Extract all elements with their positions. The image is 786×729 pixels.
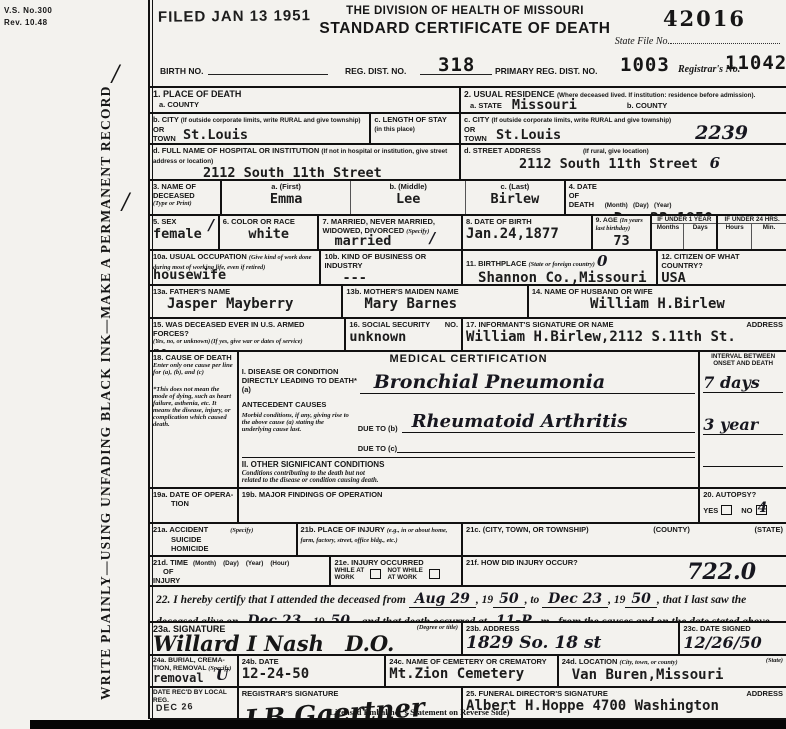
interval-label2: ONSET AND DEATH xyxy=(703,360,783,367)
city-of-death-cell: b. CITY (If outside corporate limits, wr… xyxy=(150,114,371,143)
citizen-cell: 12. CITIZEN OF WHAT COUNTRY? USA xyxy=(658,251,786,284)
place-of-injury-label: 21b. PLACE OF INJURY xyxy=(301,525,385,534)
date-of-operation-cell: 19a. DATE OF OPERA- TION xyxy=(150,489,239,522)
father-label: 13a. FATHER'S NAME xyxy=(153,287,338,296)
certificate-title: STANDARD CERTIFICATE OF DEATH xyxy=(280,20,650,38)
row-occupation: 10a. USUAL OCCUPATION (Give kind of work… xyxy=(150,251,786,286)
hospital-label: d. FULL NAME OF HOSPITAL OR INSTITUTION xyxy=(153,146,319,155)
suicide-label: SUICIDE xyxy=(171,535,293,544)
death-certificate-scan: V.S. No.300 Rev. 10.48 WRITE PLAINLY—USI… xyxy=(0,0,786,729)
spouse-cell: 14. NAME OF HUSBAND OR WIFE William H.Bi… xyxy=(529,286,786,317)
last-name-value: Birlew xyxy=(469,191,561,207)
row-family: 13a. FATHER'S NAME Jasper Mayberry 13b. … xyxy=(150,286,786,319)
primary-reg-dist-value: 1003 xyxy=(620,54,670,76)
certification-statement: 22. I hereby certify that I attended the… xyxy=(150,587,786,621)
date-of-death-label: 4. DATE OF DEATH xyxy=(569,182,605,209)
city-of-death-value: St.Louis xyxy=(183,127,248,143)
city-label: b. CITY xyxy=(153,115,179,124)
disease-label: I. DISEASE OR CONDITION xyxy=(242,367,339,376)
attended-to-year: 50 xyxy=(625,591,656,608)
physician-address-value: 1829 So. 18 st xyxy=(466,633,675,653)
burial-date-value: 12-24-50 xyxy=(242,666,382,682)
row-physician-signature: 23a. SIGNATURE (Degree or title) Willard… xyxy=(150,623,786,656)
armed-forces-value2: --- xyxy=(225,345,303,350)
armed-forces-label: 15. WAS DECEASED EVER IN U.S. ARMED FORC… xyxy=(153,320,341,338)
city-note: (If outside corporate limits, write RURA… xyxy=(181,117,361,124)
street-address-cell: d. STREET ADDRESS (If rural, give locati… xyxy=(461,145,786,179)
first-name-value: Emma xyxy=(225,191,348,207)
birthplace-value: Shannon Co.,Missouri xyxy=(478,270,653,284)
residence-city-note: (If outside corporate limits, write RURA… xyxy=(491,117,671,124)
interval-b-value: 3 year xyxy=(703,415,783,435)
certificate-form: FILED JAN 13 1951 THE DIVISION OF HEALTH… xyxy=(148,0,786,719)
state-file-blank xyxy=(670,43,780,44)
cause-note1: Enter only one cause per line for (a), (… xyxy=(153,362,234,376)
residence-or-town-label: OR TOWN xyxy=(464,125,496,143)
handwritten-0: 0 xyxy=(597,252,607,270)
left-margin: V.S. No.300 Rev. 10.48 WRITE PLAINLY—USI… xyxy=(0,0,148,729)
hospital-cell: d. FULL NAME OF HOSPITAL OR INSTITUTION … xyxy=(150,145,461,179)
certify-19a: , 19 xyxy=(476,594,493,606)
last-name-cell: c. (Last) Birlew xyxy=(466,181,566,214)
handwritten-code-722: 722.0 xyxy=(687,559,756,585)
homicide-label: HOMICIDE xyxy=(171,544,293,553)
other-conditions-label: II. OTHER SIGNIFICANT CONDITIONS xyxy=(242,457,696,470)
handwritten-2239: 2239 xyxy=(695,122,748,143)
cemetery-value: Mt.Zion Cemetery xyxy=(389,666,553,682)
last-seen-year: 50 xyxy=(324,613,355,621)
row-place-residence-title: 1. PLACE OF DEATH a. COUNTY 2. USUAL RES… xyxy=(150,88,786,114)
physician-address-cell: 23b. ADDRESS 1829 So. 18 st xyxy=(463,623,680,654)
middle-name-value: Lee xyxy=(354,191,462,207)
row-accident: 21a. ACCIDENT (Specify) SUICIDE HOMICIDE… xyxy=(150,524,786,557)
birth-no-label: BIRTH NO. xyxy=(160,66,203,76)
last-seen-date: Dec 23 xyxy=(241,613,307,621)
not-while-at-work-checkbox xyxy=(429,569,440,579)
row-cause-of-death: 18. CAUSE OF DEATH Enter only one cause … xyxy=(150,352,786,489)
place-of-death-cell: 1. PLACE OF DEATH a. COUNTY xyxy=(150,88,461,112)
autopsy-no-mark: 4 xyxy=(758,500,768,516)
due-to-b-label: DUE TO (b) xyxy=(358,424,398,433)
autopsy-no-label: NO xyxy=(741,506,752,515)
burial-date-cell: 24b. DATE 12-24-50 xyxy=(239,656,387,686)
location-state-note: (State) xyxy=(766,657,783,665)
cemetery-cell: 24c. NAME OF CEMETERY OR CREMATORY Mt.Zi… xyxy=(386,656,558,686)
other-conditions-note1: Conditions contributing to the death but… xyxy=(242,470,696,477)
disease-a: (a) xyxy=(242,385,251,394)
operation-date-label: 19a. DATE OF OPERA- xyxy=(153,490,233,499)
citizen-value: USA xyxy=(661,270,783,284)
county-label: a. COUNTY xyxy=(159,100,456,109)
spouse-label: 14. NAME OF HUSBAND OR WIFE xyxy=(532,287,783,296)
primary-reg-dist-label: PRIMARY REG. DIST. NO. xyxy=(495,66,598,76)
birthplace-label: 11. BIRTHPLACE xyxy=(466,259,526,268)
location-value: Van Buren,Missouri xyxy=(572,667,783,683)
informant-label: 17. INFORMANT'S SIGNATURE OR NAME xyxy=(466,320,613,329)
father-value: Jasper Mayberry xyxy=(167,296,338,312)
other-conditions-note2: related to the disease or condition caus… xyxy=(242,477,696,484)
row-hospital-street: d. FULL NAME OF HOSPITAL OR INSTITUTION … xyxy=(150,145,786,181)
autopsy-yes-checkbox xyxy=(721,505,732,515)
state-label: a. STATE xyxy=(470,101,502,110)
accident-note: (Specify) xyxy=(230,527,253,534)
cause-note2: *This does not mean the mode of dying, s… xyxy=(153,386,234,428)
min-label: Min. xyxy=(752,224,786,249)
name-of-deceased-label-cell: 3. NAME OF DECEASED (Type or Print) xyxy=(150,181,222,214)
date-of-death-value: Dec.23,1950 xyxy=(614,209,783,214)
medical-certification-cell: MEDICAL CERTIFICATION I. DISEASE OR COND… xyxy=(239,352,701,487)
time-of-injury-label2: OF xyxy=(163,567,173,576)
antecedent-label: ANTECEDENT CAUSES xyxy=(242,400,696,409)
medical-certification-title: MEDICAL CERTIFICATION xyxy=(242,353,696,365)
burial-date-label: 24b. DATE xyxy=(242,657,382,666)
industry-value: --- xyxy=(342,270,458,284)
death-hour: 11-P xyxy=(490,613,538,621)
accident-cell: 21a. ACCIDENT (Specify) SUICIDE HOMICIDE xyxy=(150,524,298,555)
ssn-value: unknown xyxy=(349,329,458,345)
armed-forces-value: no xyxy=(153,345,211,350)
marital-cell: 7. MARRIED, NEVER MARRIED, WIDOWED, DIVO… xyxy=(319,216,463,249)
time-of-injury-label3: INJURY xyxy=(153,576,180,585)
not-while-at-work-label: NOT WHILE AT WORK xyxy=(387,567,427,581)
middle-name-label: b. (Middle) xyxy=(354,182,462,191)
birth-no-blank xyxy=(208,74,328,75)
attended-to-date: Dec 23 xyxy=(542,591,608,608)
under-24-hrs-label: IF UNDER 24 HRS. xyxy=(718,216,786,224)
reg-dist-label: REG. DIST. NO. xyxy=(345,66,406,76)
burial-hw-mark: U xyxy=(216,666,229,684)
degree-label: (Degree or title) xyxy=(417,624,458,632)
registrar-no-value: 11042 xyxy=(725,52,786,74)
dob-label: 8. DATE OF BIRTH xyxy=(466,217,588,226)
burial-location-cell: 24d. LOCATION (City, town, or county) (S… xyxy=(559,656,786,686)
cause-c-blank xyxy=(397,441,695,453)
interval-label1: INTERVAL BETWEEN xyxy=(703,353,783,360)
burial-label: 24a. BURIAL, CREMA- xyxy=(153,657,225,664)
row-certification: 22. I hereby certify that I attended the… xyxy=(150,587,786,623)
date-received-label: DATE REC'D BY LOCAL xyxy=(153,689,227,696)
row-burial: 24a. BURIAL, CREMA- TION, REMOVAL (Speci… xyxy=(150,656,786,688)
ssn-cell: 16. SOCIAL SECURITY NO. unknown xyxy=(346,319,463,350)
sex-cell: 5. SEX female / xyxy=(150,216,220,249)
name-of-deceased-label: 3. NAME OF DECEASED xyxy=(153,182,217,200)
disease-label2: DIRECTLY LEADING TO DEATH* xyxy=(242,376,357,385)
major-findings-cell: 19b. MAJOR FINDINGS OF OPERATION xyxy=(239,489,701,522)
location-label: 24d. LOCATION xyxy=(562,657,618,666)
residence-city-label: c. CITY xyxy=(464,115,489,124)
cause-b-value: Rheumatoid Arthritis xyxy=(402,411,696,433)
location-note: (City, town, or county) xyxy=(620,659,678,666)
injury-state-label: (STATE) xyxy=(755,525,783,534)
age-value: 73 xyxy=(596,233,648,249)
reg-dist-line xyxy=(420,74,492,75)
usual-residence-note: (Where deceased lived. If institution: r… xyxy=(557,92,755,99)
time-of-injury-label: 21d. TIME xyxy=(153,558,188,567)
occupation-label: 10a. USUAL OCCUPATION xyxy=(153,252,247,261)
handwritten-margin-mark: / xyxy=(112,62,119,87)
first-name-label: a. (First) xyxy=(225,182,348,191)
autopsy-no-checkbox: 4 xyxy=(756,505,767,515)
handwritten-6: 6 xyxy=(710,154,720,172)
informant-cell: 17. INFORMANT'S SIGNATURE OR NAME ADDRES… xyxy=(463,319,786,350)
age-cell: 9. AGE (In years last birthday) 73 xyxy=(593,216,653,249)
marital-note: (Specify) xyxy=(406,228,429,235)
attended-from-date: Aug 29 xyxy=(409,591,476,608)
form-number: V.S. No.300 xyxy=(4,6,52,15)
citizen-label: 12. CITIZEN OF WHAT COUNTRY? xyxy=(661,252,783,270)
scan-edge-bar xyxy=(30,720,786,729)
under-1-year-cell: IF UNDER 1 YEAR Months Days xyxy=(652,216,718,249)
informant-address-label: ADDRESS xyxy=(746,320,783,329)
street-address-value: 2112 South 11th Street xyxy=(519,156,783,172)
due-to-c-label: DUE TO (c) xyxy=(358,444,397,453)
months-label: Months xyxy=(652,224,684,249)
physician-address-label: 23b. ADDRESS xyxy=(466,624,675,633)
mother-label: 13b. MOTHER'S MAIDEN NAME xyxy=(346,287,523,296)
days-label: Days xyxy=(684,224,716,249)
occupation-cell: 10a. USUAL OCCUPATION (Give kind of work… xyxy=(150,251,321,284)
autopsy-cell: 20. AUTOPSY? YES NO 4 xyxy=(700,489,786,522)
industry-cell: 10b. KIND OF BUSINESS OR INDUSTRY --- xyxy=(321,251,463,284)
cause-title: 18. CAUSE OF DEATH xyxy=(153,353,234,362)
division-title: THE DIVISION OF HEALTH OF MISSOURI xyxy=(300,5,630,17)
birthplace-cell: 11. BIRTHPLACE (State or foreign country… xyxy=(463,251,658,284)
birthplace-note: (State or foreign country) xyxy=(529,261,595,268)
embalmer-note: (Licensed Embalmer's Statement on Revers… xyxy=(148,707,688,717)
certificate-header: FILED JAN 13 1951 THE DIVISION OF HEALTH… xyxy=(150,0,786,52)
date-signed-cell: 23c. DATE SIGNED 12/26/50 xyxy=(680,623,786,654)
time-of-injury-cols: (Month) (Day) (Year) (Hour) xyxy=(193,560,289,585)
time-of-injury-cell: 21d. TIME OF INJURY (Month) (Day) (Year)… xyxy=(150,557,331,585)
industry-label: 10b. KIND OF BUSINESS OR INDUSTRY xyxy=(324,252,458,270)
residence-county-label: b. COUNTY xyxy=(627,101,667,110)
funeral-director-label: 25. FUNERAL DIRECTOR'S SIGNATURE xyxy=(466,689,608,698)
injury-occurred-label: 21e. INJURY OCCURRED xyxy=(334,558,458,567)
row-vitals: 5. SEX female / 6. COLOR OR RACE white 7… xyxy=(150,216,786,251)
handwritten-marital-mark: / xyxy=(430,229,435,247)
accident-label: 21a. ACCIDENT xyxy=(153,525,208,534)
cause-a-value: Bronchial Pneumonia xyxy=(360,371,696,394)
residence-city-cell: c. CITY (If outside corporate limits, wr… xyxy=(461,114,786,143)
certify-text-2: , to xyxy=(525,594,540,606)
date-of-death-cols: (Month) (Day) (Year) xyxy=(605,202,672,209)
certificate-number: 42016 xyxy=(663,6,746,31)
usual-residence-cell: 2. USUAL RESIDENCE (Where deceased lived… xyxy=(461,88,786,112)
sex-label: 5. SEX xyxy=(153,217,215,226)
reg-dist-value: 318 xyxy=(438,54,475,76)
dob-value: Jan.24,1877 xyxy=(466,226,588,242)
race-label: 6. COLOR OR RACE xyxy=(223,217,315,226)
margin-instruction-vertical-text: WRITE PLAINLY—USING UNFADING BLACK INK—M… xyxy=(98,85,114,700)
residence-city-value: St.Louis xyxy=(496,127,561,143)
cause-label-cell: 18. CAUSE OF DEATH Enter only one cause … xyxy=(150,352,239,487)
armed-forces-note1: (Yes, no, or unknown) xyxy=(153,338,211,345)
length-of-stay-cell: c. LENGTH OF STAY (in this place) xyxy=(371,114,461,143)
date-signed-label: 23c. DATE SIGNED xyxy=(683,624,783,633)
name-of-deceased-note: (Type or Print) xyxy=(153,200,217,207)
while-at-work-label: WHILE AT WORK xyxy=(334,567,368,581)
length-of-stay-label: c. LENGTH OF STAY xyxy=(374,115,447,124)
age-label: 9. AGE xyxy=(596,217,618,224)
major-findings-label: 19b. MAJOR FINDINGS OF OPERATION xyxy=(242,490,696,499)
middle-name-cell: b. (Middle) Lee xyxy=(351,181,466,214)
under-24-hrs-cell: IF UNDER 24 HRS. Hours Min. xyxy=(718,216,786,249)
armed-forces-note2: (If yes, give war or dates of service) xyxy=(211,338,303,345)
race-cell: 6. COLOR OR RACE white xyxy=(220,216,320,249)
burial-type-cell: 24a. BURIAL, CREMA- TION, REMOVAL (Speci… xyxy=(150,656,239,686)
date-of-death-cell: 4. DATE OF DEATH (Month) (Day) (Year) De… xyxy=(566,181,786,214)
ssn-no-label: NO. xyxy=(445,320,458,329)
dob-cell: 8. DATE OF BIRTH Jan.24,1877 xyxy=(463,216,593,249)
row-forces-ssn-informant: 15. WAS DECEASED EVER IN U.S. ARMED FORC… xyxy=(150,319,786,352)
father-cell: 13a. FATHER'S NAME Jasper Mayberry xyxy=(150,286,343,317)
armed-forces-cell: 15. WAS DECEASED EVER IN U.S. ARMED FORC… xyxy=(150,319,346,350)
place-of-injury-cell: 21b. PLACE OF INJURY (e.g., in or about … xyxy=(298,524,463,555)
informant-value: William H.Birlew,2112 S.11th St. xyxy=(466,329,783,345)
certify-text-1: 22. I hereby certify that I attended the… xyxy=(156,594,406,606)
street-address-note: (If rural, give location) xyxy=(583,148,649,155)
physician-signature-value: Willard I Nash D.O. xyxy=(153,631,458,654)
state-value: Missouri xyxy=(512,100,577,111)
mother-value: Mary Barnes xyxy=(364,296,523,312)
injury-county-label: (COUNTY) xyxy=(653,525,690,534)
physician-name: Willard I Nash xyxy=(153,631,324,654)
injury-occurred-cell: 21e. INJURY OCCURRED WHILE AT WORK NOT W… xyxy=(331,557,463,585)
interval-c-blank xyxy=(703,457,783,467)
row-name-dod: 3. NAME OF DECEASED (Type or Print) a. (… xyxy=(150,181,786,216)
state-file-no: State File No. xyxy=(615,36,780,47)
sex-value: female xyxy=(153,226,215,242)
under-1-year-label: IF UNDER 1 YEAR xyxy=(652,216,716,224)
certify-19c: , 19 xyxy=(307,616,324,621)
registration-numbers-row: BIRTH NO. REG. DIST. NO. 318 PRIMARY REG… xyxy=(150,52,786,86)
spouse-value: William H.Birlew xyxy=(532,296,783,312)
row-city: b. CITY (If outside corporate limits, wr… xyxy=(150,114,786,145)
ssn-label: 16. SOCIAL SECURITY xyxy=(349,320,430,329)
attended-from-year: 50 xyxy=(493,591,524,608)
operation-date-label2: TION xyxy=(171,499,189,508)
or-town-label: OR TOWN xyxy=(153,125,183,143)
autopsy-label: 20. AUTOPSY? xyxy=(703,490,783,499)
first-name-cell: a. (First) Emma xyxy=(222,181,352,214)
row-operation-autopsy: 19a. DATE OF OPERA- TION 19b. MAJOR FIND… xyxy=(150,489,786,524)
handwritten-margin-mark: / xyxy=(122,190,129,215)
antecedent-note: Morbid conditions, if any, giving rise t… xyxy=(242,412,354,433)
certify-text-4: alive on xyxy=(201,616,238,621)
length-of-stay-note: (in this place) xyxy=(374,126,415,133)
race-value: white xyxy=(223,226,315,242)
date-signed-value: 12/26/50 xyxy=(683,633,783,652)
row-time-of-injury: 21d. TIME OF INJURY (Month) (Day) (Year)… xyxy=(150,557,786,587)
certify-text-5: , and that death occurred at xyxy=(356,616,487,621)
autopsy-yes-label: YES xyxy=(703,506,718,515)
last-name-label: c. (Last) xyxy=(469,182,561,191)
street-address-label: d. STREET ADDRESS xyxy=(464,146,541,155)
how-injury-cell: 21f. HOW DID INJURY OCCUR? 722.0 xyxy=(463,557,786,585)
physician-signature-cell: 23a. SIGNATURE (Degree or title) Willard… xyxy=(150,623,463,654)
form-grid: 1. PLACE OF DEATH a. COUNTY 2. USUAL RES… xyxy=(150,86,786,721)
mother-cell: 13b. MOTHER'S MAIDEN NAME Mary Barnes xyxy=(343,286,528,317)
injury-city-cell: 21c. (CITY, TOWN, OR TOWNSHIP) (COUNTY) … xyxy=(463,524,786,555)
physician-degree: D.O. xyxy=(345,631,394,654)
injury-city-label: 21c. (CITY, TOWN, OR TOWNSHIP) xyxy=(466,525,589,534)
funeral-address-label: ADDRESS xyxy=(746,689,783,698)
interval-a-value: 7 days xyxy=(703,373,783,393)
place-of-death-title: 1. PLACE OF DEATH xyxy=(153,89,456,100)
certify-19b: , 19 xyxy=(608,594,625,606)
hospital-value: 2112 South 11th Street xyxy=(203,165,456,179)
interval-cell: INTERVAL BETWEEN ONSET AND DEATH 7 days … xyxy=(700,352,786,487)
cemetery-label: 24c. NAME OF CEMETERY OR CREMATORY xyxy=(389,657,553,666)
while-at-work-checkbox xyxy=(370,569,381,579)
certify-text-6: m., from the causes and on the date stat… xyxy=(541,616,773,621)
handwritten-sex-mark: / xyxy=(208,216,213,234)
revision-number: Rev. 10.48 xyxy=(4,18,48,27)
hours-label: Hours xyxy=(718,224,752,249)
